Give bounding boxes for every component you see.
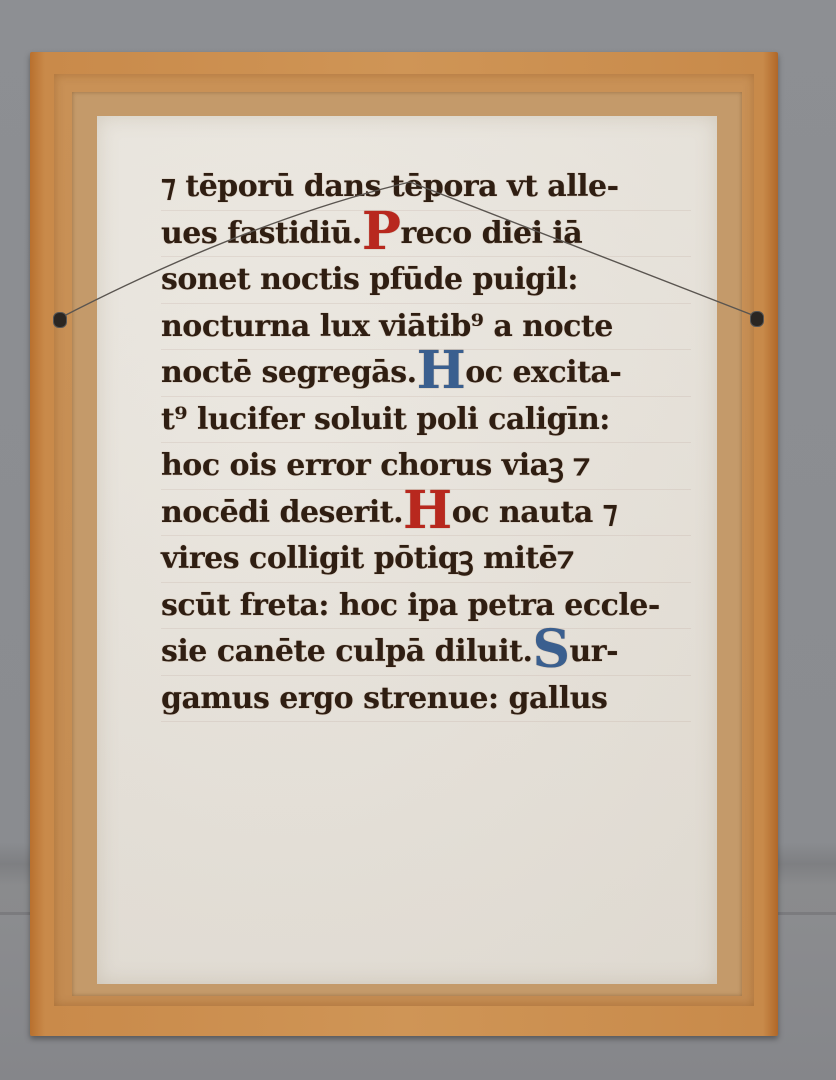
line-text: hoc ois error chorus viaꝫ ⁊ xyxy=(161,448,590,483)
line-text: oc excita- xyxy=(465,355,621,390)
line-text: noctē segregās. xyxy=(161,355,417,390)
left-screw-eye-icon xyxy=(53,312,67,328)
line-text: ur- xyxy=(570,634,619,669)
text-line: sie canēte culpā diluit.Sur- xyxy=(161,629,691,676)
text-line: noctē segregās.Hoc excita- xyxy=(161,350,691,397)
line-text: ⁊ tēporū dans tēpora vt alle- xyxy=(161,169,619,204)
line-text: scūt freta: hoc ipa petra eccle- xyxy=(161,588,660,623)
blue-initial-s: S xyxy=(532,619,569,680)
line-text: nocturna lux viātib⁹ a nocte xyxy=(161,309,613,344)
text-line: ues fastidiū.Preco diei iā xyxy=(161,211,691,258)
text-line: nocēdi deserit.Hoc nauta ⁊ xyxy=(161,490,691,537)
line-text: oc nauta ⁊ xyxy=(452,495,617,530)
line-text: sonet noctis pfūde puigil: xyxy=(161,262,578,297)
line-text: gamus ergo strenue: gallus xyxy=(161,681,607,716)
line-text: vires colligit pōtiqꝫ mitē⁊ xyxy=(161,541,574,576)
text-line: scūt freta: hoc ipa petra eccle- xyxy=(161,583,691,630)
manuscript-text: ⁊ tēporū dans tēpora vt alle- ues fastid… xyxy=(161,164,691,722)
red-initial-h: H xyxy=(403,480,452,541)
line-text: reco diei iā xyxy=(400,216,582,251)
text-line: sonet noctis pfūde puigil: xyxy=(161,257,691,304)
line-text: ues fastidiū. xyxy=(161,216,362,251)
blue-initial-h: H xyxy=(417,340,466,401)
text-line: t⁹ lucifer soluit poli caligīn: xyxy=(161,397,691,444)
text-line: ⁊ tēporū dans tēpora vt alle- xyxy=(161,164,691,211)
red-initial-p: P xyxy=(362,201,401,262)
picture-frame: ⁊ tēporū dans tēpora vt alle- ues fastid… xyxy=(30,52,778,1036)
right-screw-eye-icon xyxy=(750,311,764,327)
line-text: t⁹ lucifer soluit poli caligīn: xyxy=(161,402,610,437)
line-text: nocēdi deserit. xyxy=(161,495,403,530)
text-line: vires colligit pōtiqꝫ mitē⁊ xyxy=(161,536,691,583)
manuscript-leaf: ⁊ tēporū dans tēpora vt alle- ues fastid… xyxy=(97,116,717,984)
text-line: gamus ergo strenue: gallus xyxy=(161,676,691,723)
line-text: sie canēte culpā diluit. xyxy=(161,634,532,669)
